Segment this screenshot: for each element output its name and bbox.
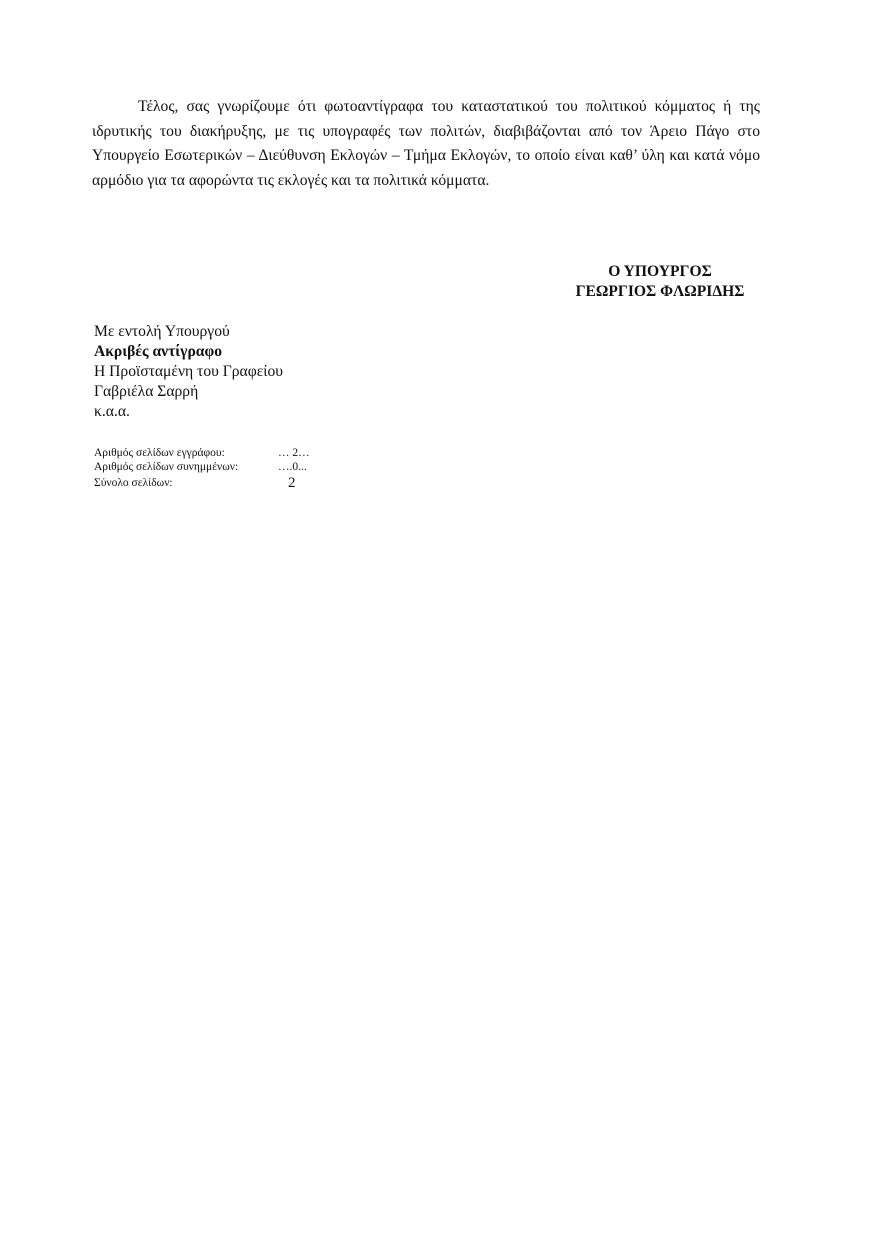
official-name: Γαβριέλα Σαρρή — [94, 382, 283, 402]
order-line: Με εντολή Υπουργού — [94, 322, 283, 342]
closing-paragraph: Τέλος, σας γνωρίζουμε ότι φωτοαντίγραφα … — [92, 95, 760, 193]
signature-title: Ο ΥΠΟΥΡΓΟΣ — [540, 262, 780, 282]
document-pages-value: … 2… — [278, 446, 310, 460]
total-pages-value: 2 — [278, 476, 296, 490]
document-pages-label: Αριθμός σελίδων εγγράφου: — [94, 446, 278, 460]
signature-name: ΓΕΩΡΓΙΟΣ ΦΛΩΡΙΔΗΣ — [540, 282, 780, 302]
document-pages-row: Αριθμός σελίδων εγγράφου: … 2… — [94, 446, 310, 460]
kaa-line: κ.α.α. — [94, 402, 283, 422]
total-pages-label: Σύνολο σελίδων: — [94, 476, 278, 490]
total-pages-row: Σύνολο σελίδων: 2 — [94, 476, 310, 490]
office-head-line: Η Προϊσταμένη του Γραφείου — [94, 362, 283, 382]
attachment-pages-row: Αριθμός σελίδων συνημμένων: ….0... — [94, 460, 310, 474]
true-copy-label: Ακριβές αντίγραφο — [94, 342, 283, 362]
page-count-block: Αριθμός σελίδων εγγράφου: … 2… Αριθμός σ… — [94, 446, 310, 490]
attachment-pages-value: ….0... — [278, 460, 307, 474]
certification-block: Με εντολή Υπουργού Ακριβές αντίγραφο Η Π… — [94, 322, 283, 422]
signature-block: Ο ΥΠΟΥΡΓΟΣ ΓΕΩΡΓΙΟΣ ΦΛΩΡΙΔΗΣ — [540, 262, 780, 302]
attachment-pages-label: Αριθμός σελίδων συνημμένων: — [94, 460, 278, 474]
